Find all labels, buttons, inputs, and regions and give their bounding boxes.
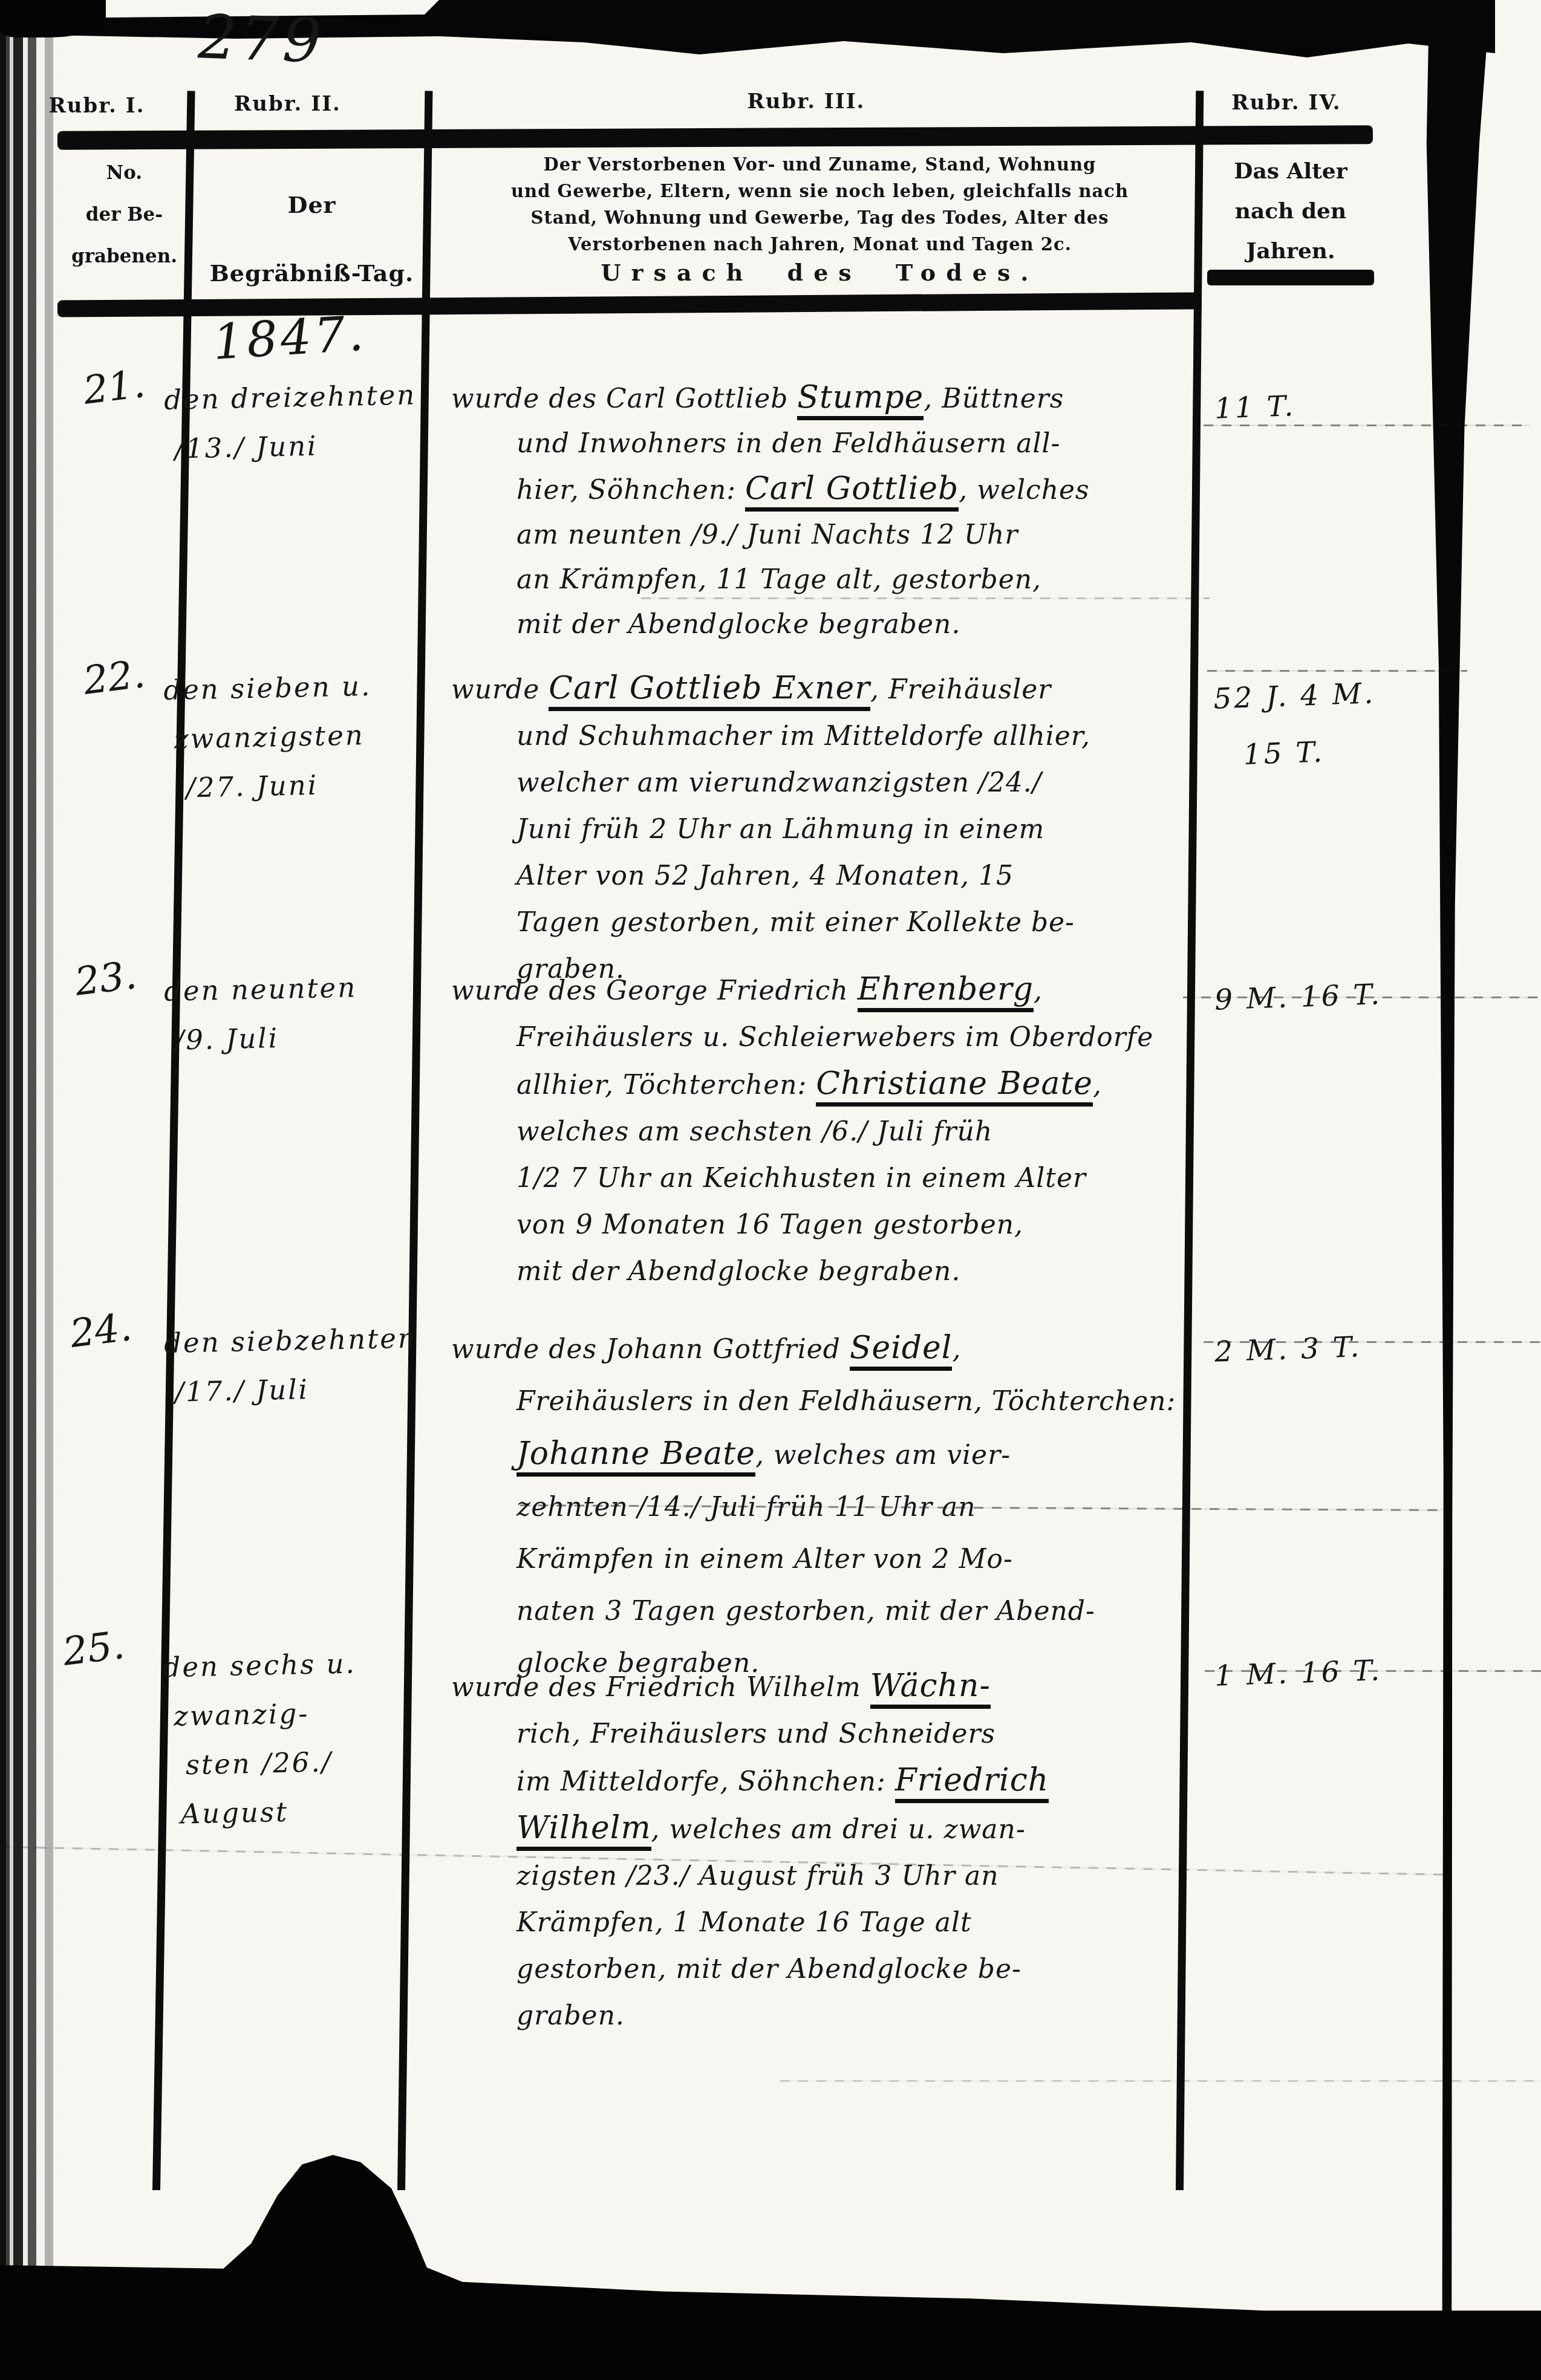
- text-segment: ,: [1034, 975, 1043, 1006]
- text-line: graben.: [516, 1992, 1237, 2039]
- text-line: rich, Freihäuslers und Schneiders: [516, 1711, 1237, 1757]
- text-segment: Tagen gestorben, mit einer Kollekte be-: [516, 907, 1075, 938]
- entry-date: den sechs u.zwanzig-sten /26./August: [163, 1637, 457, 1839]
- underlined-name: Ehrenberg: [858, 971, 1034, 1012]
- entry-age: 9 M. 16 T.: [1213, 963, 1481, 1029]
- date-line: sten /26./: [185, 1735, 456, 1789]
- text-segment: Krämpfen in einem Alter von 2 Mo-: [516, 1544, 1013, 1575]
- text-segment: welcher am vierundzwanzigsten /24./: [516, 767, 1042, 798]
- entry-text: wurde des George Friedrich Ehrenberg,Fre…: [451, 966, 1237, 1295]
- text-segment: , welches: [959, 475, 1089, 506]
- burial-register-page: Rubr. I. Rubr. II. Rubr. III. Rubr. IV. …: [0, 0, 1541, 2380]
- header-line: der Be-: [59, 194, 189, 236]
- text-segment: von 9 Monaten 16 Tagen gestorben,: [516, 1209, 1023, 1240]
- text-line: Alter von 52 Jahren, 4 Monaten, 15: [516, 853, 1237, 899]
- date-line: zwanzigsten: [174, 709, 455, 764]
- text-segment: graben.: [516, 2000, 625, 2031]
- text-line: und Schuhmacher im Mitteldorfe allhier,: [516, 713, 1237, 759]
- text-segment: rich, Freihäuslers und Schneiders: [516, 1718, 995, 1749]
- text-line: und Inwohners in den Feldhäusern all-: [516, 421, 1237, 466]
- entry-age: 2 M. 3 T.: [1213, 1315, 1481, 1380]
- rubric-4-label: Rubr. IV.: [1223, 91, 1350, 115]
- date-line: den sechs u.: [163, 1637, 454, 1692]
- text-line: im Mitteldorfe, Söhnchen: Friedrich: [516, 1757, 1237, 1805]
- entry-number: 22.: [81, 652, 148, 704]
- age-line: 15 T.: [1242, 718, 1482, 784]
- column-header-deceased: Der Verstorbenen Vor- und Zuname, Stand,…: [446, 151, 1193, 258]
- text-line: zehnten /14./ Juli früh 11 Uhr an: [516, 1481, 1237, 1533]
- entry-number: 21.: [81, 362, 148, 414]
- text-line: wurde des Carl Gottlieb Stumpe, Büttners: [451, 375, 1237, 421]
- header-rule-bottom-col4: [1207, 270, 1374, 285]
- entry-number: 23.: [73, 953, 139, 1005]
- date-line: /27. Juni: [186, 758, 457, 812]
- entry-text: wurde des Johann Gottfried Seidel,Freihä…: [451, 1322, 1237, 1689]
- text-line: wurde des Friedrich Wilhelm Wächn-: [451, 1663, 1237, 1711]
- header-line: und Gewerbe, Eltern, wenn sie noch leben…: [446, 178, 1193, 204]
- text-segment: am neunten /9./ Juni Nachts 12 Uhr: [516, 519, 1018, 550]
- column-header-cause-of-death: Ursach des Todes.: [446, 259, 1193, 286]
- text-segment: 1/2 7 Uhr an Keichhusten in einem Alter: [516, 1163, 1086, 1194]
- date-line: August: [180, 1784, 457, 1839]
- text-segment: wurde des Carl Gottlieb: [451, 383, 797, 414]
- text-segment: hier, Söhnchen:: [516, 475, 745, 506]
- entry-date: den sieben u.zwanzigsten/27. Juni: [163, 660, 457, 813]
- underlined-name: Wächn-: [870, 1668, 991, 1709]
- age-line: 9 M. 16 T.: [1213, 963, 1481, 1029]
- header-line: Der Verstorbenen Vor- und Zuname, Stand,…: [446, 151, 1193, 178]
- date-line: den dreizehnten: [163, 369, 455, 424]
- text-segment: Juni früh 2 Uhr an Lähmung in einem: [516, 814, 1044, 845]
- age-line: 52 J. 4 M.: [1213, 662, 1481, 727]
- text-line: am neunten /9./ Juni Nachts 12 Uhr: [516, 513, 1237, 558]
- text-line: gestorben, mit der Abendglocke be-: [516, 1946, 1237, 1992]
- text-segment: Freihäuslers u. Schleierwebers im Oberdo…: [516, 1022, 1153, 1053]
- text-segment: , welches am drei u. zwan-: [651, 1814, 1026, 1845]
- text-line: zigsten /23./ August früh 3 Uhr an: [516, 1853, 1237, 1899]
- text-line: 1/2 7 Uhr an Keichhusten in einem Alter: [516, 1155, 1237, 1201]
- text-line: wurde Carl Gottlieb Exner, Freihäusler: [451, 665, 1237, 713]
- text-line: mit der Abendglocke begraben.: [516, 602, 1237, 647]
- text-segment: Krämpfen, 1 Monate 16 Tage alt: [516, 1907, 972, 1938]
- text-segment: an Krämpfen, 11 Tage alt, gestorben,: [516, 564, 1041, 595]
- page-number: 279: [197, 1, 326, 76]
- entry-text: wurde des Friedrich Wilhelm Wächn-rich, …: [451, 1663, 1237, 2039]
- text-line: Wilhelm, welches am drei u. zwan-: [516, 1805, 1237, 1853]
- text-segment: welches am sechsten /6./ Juli früh: [516, 1116, 992, 1147]
- header-line: Stand, Wohnung und Gewerbe, Tag des Tode…: [446, 204, 1193, 231]
- text-segment: naten 3 Tagen gestorben, mit der Abend-: [516, 1596, 1095, 1627]
- column-header-burial-day: DerBegräbniß-Tag.: [198, 171, 425, 307]
- underlined-name: Friedrich: [895, 1762, 1049, 1803]
- text-line: von 9 Monaten 16 Tagen gestorben,: [516, 1201, 1237, 1248]
- text-line: wurde des George Friedrich Ehrenberg,: [451, 966, 1237, 1014]
- header-line: Verstorbenen nach Jahren, Monat und Tage…: [446, 231, 1193, 258]
- text-line: Krämpfen in einem Alter von 2 Mo-: [516, 1533, 1237, 1585]
- text-line: Juni früh 2 Uhr an Lähmung in einem: [516, 806, 1237, 853]
- entry-date: den neunten/9. Juli: [163, 961, 455, 1065]
- text-line: Johanne Beate, welches am vier-: [516, 1428, 1237, 1481]
- text-segment: und Inwohners in den Feldhäusern all-: [516, 428, 1060, 459]
- entry-number: 25.: [60, 1623, 127, 1675]
- underlined-name: Johanne Beate: [516, 1435, 755, 1477]
- text-line: welcher am vierundzwanzigsten /24./: [516, 759, 1237, 806]
- column-header-age: Das Alternach denJahren.: [1208, 151, 1373, 271]
- text-line: Tagen gestorben, mit einer Kollekte be-: [516, 899, 1237, 946]
- entry-text: wurde Carl Gottlieb Exner, Freihäuslerun…: [451, 665, 1237, 992]
- age-line: 11 T.: [1213, 371, 1481, 437]
- text-segment: , welches am vier-: [755, 1440, 1011, 1471]
- text-segment: im Mitteldorfe, Söhnchen:: [516, 1766, 895, 1797]
- date-line: den siebzehnten: [163, 1313, 455, 1368]
- entry-age: 11 T.: [1213, 371, 1481, 437]
- text-segment: ,: [952, 1334, 961, 1365]
- text-segment: ,: [1093, 1070, 1102, 1101]
- header-line: No.: [59, 152, 189, 194]
- entry-text: wurde des Carl Gottlieb Stumpe, Büttners…: [451, 375, 1237, 647]
- underlined-name: Seidel: [850, 1330, 952, 1371]
- entry-date: den siebzehnten/17./ Juli: [163, 1313, 455, 1417]
- scan-edge-left: [0, 0, 64, 2380]
- text-line: naten 3 Tagen gestorben, mit der Abend-: [516, 1585, 1237, 1637]
- text-line: Freihäuslers u. Schleierwebers im Oberdo…: [516, 1014, 1237, 1061]
- entry-date: den dreizehnten/13./ Juni: [163, 369, 455, 473]
- date-line: /9. Juli: [174, 1010, 456, 1065]
- header-line: grabenen.: [59, 236, 189, 278]
- date-line: /13./ Juni: [174, 418, 456, 473]
- text-segment: und Schuhmacher im Mitteldorfe allhier,: [516, 721, 1090, 752]
- text-line: welches am sechsten /6./ Juli früh: [516, 1108, 1237, 1155]
- column-header-number: No.der Be-grabenen.: [59, 152, 189, 278]
- text-line: an Krämpfen, 11 Tage alt, gestorben,: [516, 558, 1237, 602]
- text-segment: , Büttners: [924, 383, 1064, 414]
- scan-artifact-line: [780, 2080, 1541, 2082]
- text-segment: wurde des Johann Gottfried: [451, 1334, 850, 1365]
- scan-blob-bottom: [0, 2141, 1541, 2380]
- age-line: 1 M. 16 T.: [1213, 1639, 1481, 1705]
- header-line: nach den: [1208, 191, 1373, 231]
- text-segment: Freihäuslers in den Feldhäusern, Töchter…: [516, 1386, 1176, 1417]
- text-segment: wurde des George Friedrich: [451, 975, 858, 1006]
- date-line: den neunten: [163, 961, 455, 1016]
- text-segment: gestorben, mit der Abendglocke be-: [516, 1954, 1021, 1985]
- underlined-name: Stumpe: [797, 379, 924, 420]
- date-line: den sieben u.: [163, 660, 455, 715]
- underlined-name: Wilhelm: [516, 1810, 651, 1851]
- text-line: wurde des Johann Gottfried Seidel,: [451, 1322, 1237, 1376]
- text-line: hier, Söhnchen: Carl Gottlieb, welches: [516, 466, 1237, 513]
- text-segment: mit der Abendglocke begraben.: [516, 1256, 960, 1287]
- text-segment: zigsten /23./ August früh 3 Uhr an: [516, 1861, 999, 1891]
- text-segment: mit der Abendglocke begraben.: [516, 609, 960, 640]
- text-line: Freihäuslers in den Feldhäusern, Töchter…: [516, 1376, 1237, 1428]
- entry-age: 52 J. 4 M.15 T.: [1213, 662, 1482, 784]
- text-line: mit der Abendglocke begraben.: [516, 1248, 1237, 1295]
- text-segment: wurde: [451, 674, 549, 705]
- header-line: Jahren.: [1208, 231, 1373, 271]
- entry-age: 1 M. 16 T.: [1213, 1639, 1481, 1705]
- underlined-name: Carl Gottlieb: [745, 470, 959, 512]
- underlined-name: Christiane Beate: [816, 1065, 1093, 1107]
- rubric-3-label: Rubr. III.: [737, 89, 876, 114]
- rubric-1-label: Rubr. I.: [33, 94, 160, 118]
- entry-number: 24.: [68, 1305, 134, 1357]
- age-line: 2 M. 3 T.: [1213, 1315, 1481, 1380]
- header-rule-top: [57, 125, 1373, 149]
- year-heading: 1847.: [211, 305, 368, 370]
- text-segment: wurde des Friedrich Wilhelm: [451, 1672, 870, 1703]
- header-line: Das Alter: [1208, 151, 1373, 191]
- date-line: /17./ Juli: [174, 1362, 456, 1417]
- text-line: allhier, Töchterchen: Christiane Beate,: [516, 1061, 1237, 1108]
- text-segment: , Freihäusler: [870, 674, 1051, 705]
- date-line: zwanzig-: [173, 1686, 455, 1741]
- text-line: Krämpfen, 1 Monate 16 Tage alt: [516, 1899, 1237, 1946]
- underlined-name: Carl Gottlieb Exner: [549, 670, 870, 711]
- text-segment: Alter von 52 Jahren, 4 Monaten, 15: [516, 860, 1014, 891]
- scan-fold-right: [1422, 0, 1490, 2380]
- text-segment: zehnten /14./ Juli früh 11 Uhr an: [516, 1492, 976, 1523]
- rubric-2-label: Rubr. II.: [210, 92, 365, 116]
- header-line: Begräbniß-Tag.: [198, 239, 425, 307]
- header-line: Der: [198, 171, 425, 239]
- text-segment: allhier, Töchterchen:: [516, 1070, 816, 1101]
